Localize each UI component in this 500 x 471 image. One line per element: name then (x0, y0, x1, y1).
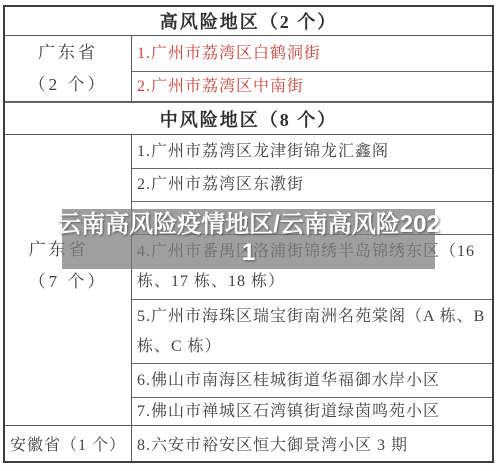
high-risk-item-2: 2.广州市荔湾区中南街 (137, 72, 492, 101)
high-risk-item-1: 1.广州市荔湾区白鹤洞街 (137, 39, 492, 69)
medium-risk-item-5-line2: 栋、C 栋） (137, 332, 492, 362)
medium-risk-item-7: 7.佛山市禅城区石湾镇街道绿茵鸣苑小区 (137, 398, 492, 425)
medium-risk-item-row: 5.广州市海珠区瑞宝街南洲名苑棠阁（A 栋、B 栋、C 栋） (132, 300, 492, 364)
watermark-banner: 云南高风险疫情地区/云南高风险202 1 (62, 209, 435, 269)
high-risk-items: 1.广州市荔湾区白鹤洞街 2.广州市荔湾区中南街 (132, 36, 492, 101)
medium-risk-header: 中风险地区（8 个） (5, 102, 492, 135)
medium-risk-item-4-line2: 栋、17 栋、18 栋） (137, 267, 492, 297)
watermark-line1: 云南高风险疫情地区/云南高风险202 (57, 211, 440, 239)
watermark-line2: 1 (242, 239, 255, 267)
medium-risk-item-row: 1.广州市荔湾区龙津街锦龙汇鑫阁 (132, 135, 492, 169)
medium-risk-item-row: 2.广州市荔湾区东漖街 (132, 169, 492, 202)
province-name: 广东省 (38, 37, 98, 69)
province-count: （2 个） (29, 69, 108, 101)
medium-risk-item-1: 1.广州市荔湾区龙津街锦龙汇鑫阁 (137, 137, 492, 167)
high-risk-item-row: 1.广州市荔湾区白鹤洞街 (132, 36, 492, 72)
high-risk-section: 广东省 （2 个） 1.广州市荔湾区白鹤洞街 2.广州市荔湾区中南街 (5, 36, 492, 102)
anhui-row: 安徽省（1 个） 8.六安市裕安区恒大御景湾小区 3 期 (5, 426, 492, 461)
medium-risk-item-row: 6.佛山市南海区桂城街道华福御水岸小区 (132, 364, 492, 398)
risk-area-table-image: 高风险地区（2 个） 广东省 （2 个） 1.广州市荔湾区白鹤洞街 2.广州市荔… (0, 0, 500, 471)
medium-risk-item-6: 6.佛山市南海区桂城街道华福御水岸小区 (137, 366, 492, 396)
province-count: （7 个） (29, 266, 108, 298)
high-risk-header: 高风险地区（2 个） (5, 7, 492, 36)
medium-risk-province-cell: 广东省 （7 个） (5, 135, 132, 425)
medium-risk-items: 1.广州市荔湾区龙津街锦龙汇鑫阁 2.广州市荔湾区东漖街 4.广州市番禺区洛浦街… (132, 135, 492, 425)
high-risk-item-row: 2.广州市荔湾区中南街 (132, 72, 492, 101)
anhui-province-cell: 安徽省（1 个） (5, 426, 132, 461)
medium-risk-item-2: 2.广州市荔湾区东漖街 (137, 170, 492, 200)
high-risk-province-cell: 广东省 （2 个） (5, 36, 132, 101)
medium-risk-item-8: 8.六安市裕安区恒大御景湾小区 3 期 (132, 426, 492, 461)
medium-risk-item-5-line1: 5.广州市海珠区瑞宝街南洲名苑棠阁（A 栋、B (137, 302, 492, 332)
medium-risk-item-row: 7.佛山市禅城区石湾镇街道绿茵鸣苑小区 (132, 398, 492, 425)
medium-risk-section: 广东省 （7 个） 1.广州市荔湾区龙津街锦龙汇鑫阁 2.广州市荔湾区东漖街 4… (5, 135, 492, 426)
